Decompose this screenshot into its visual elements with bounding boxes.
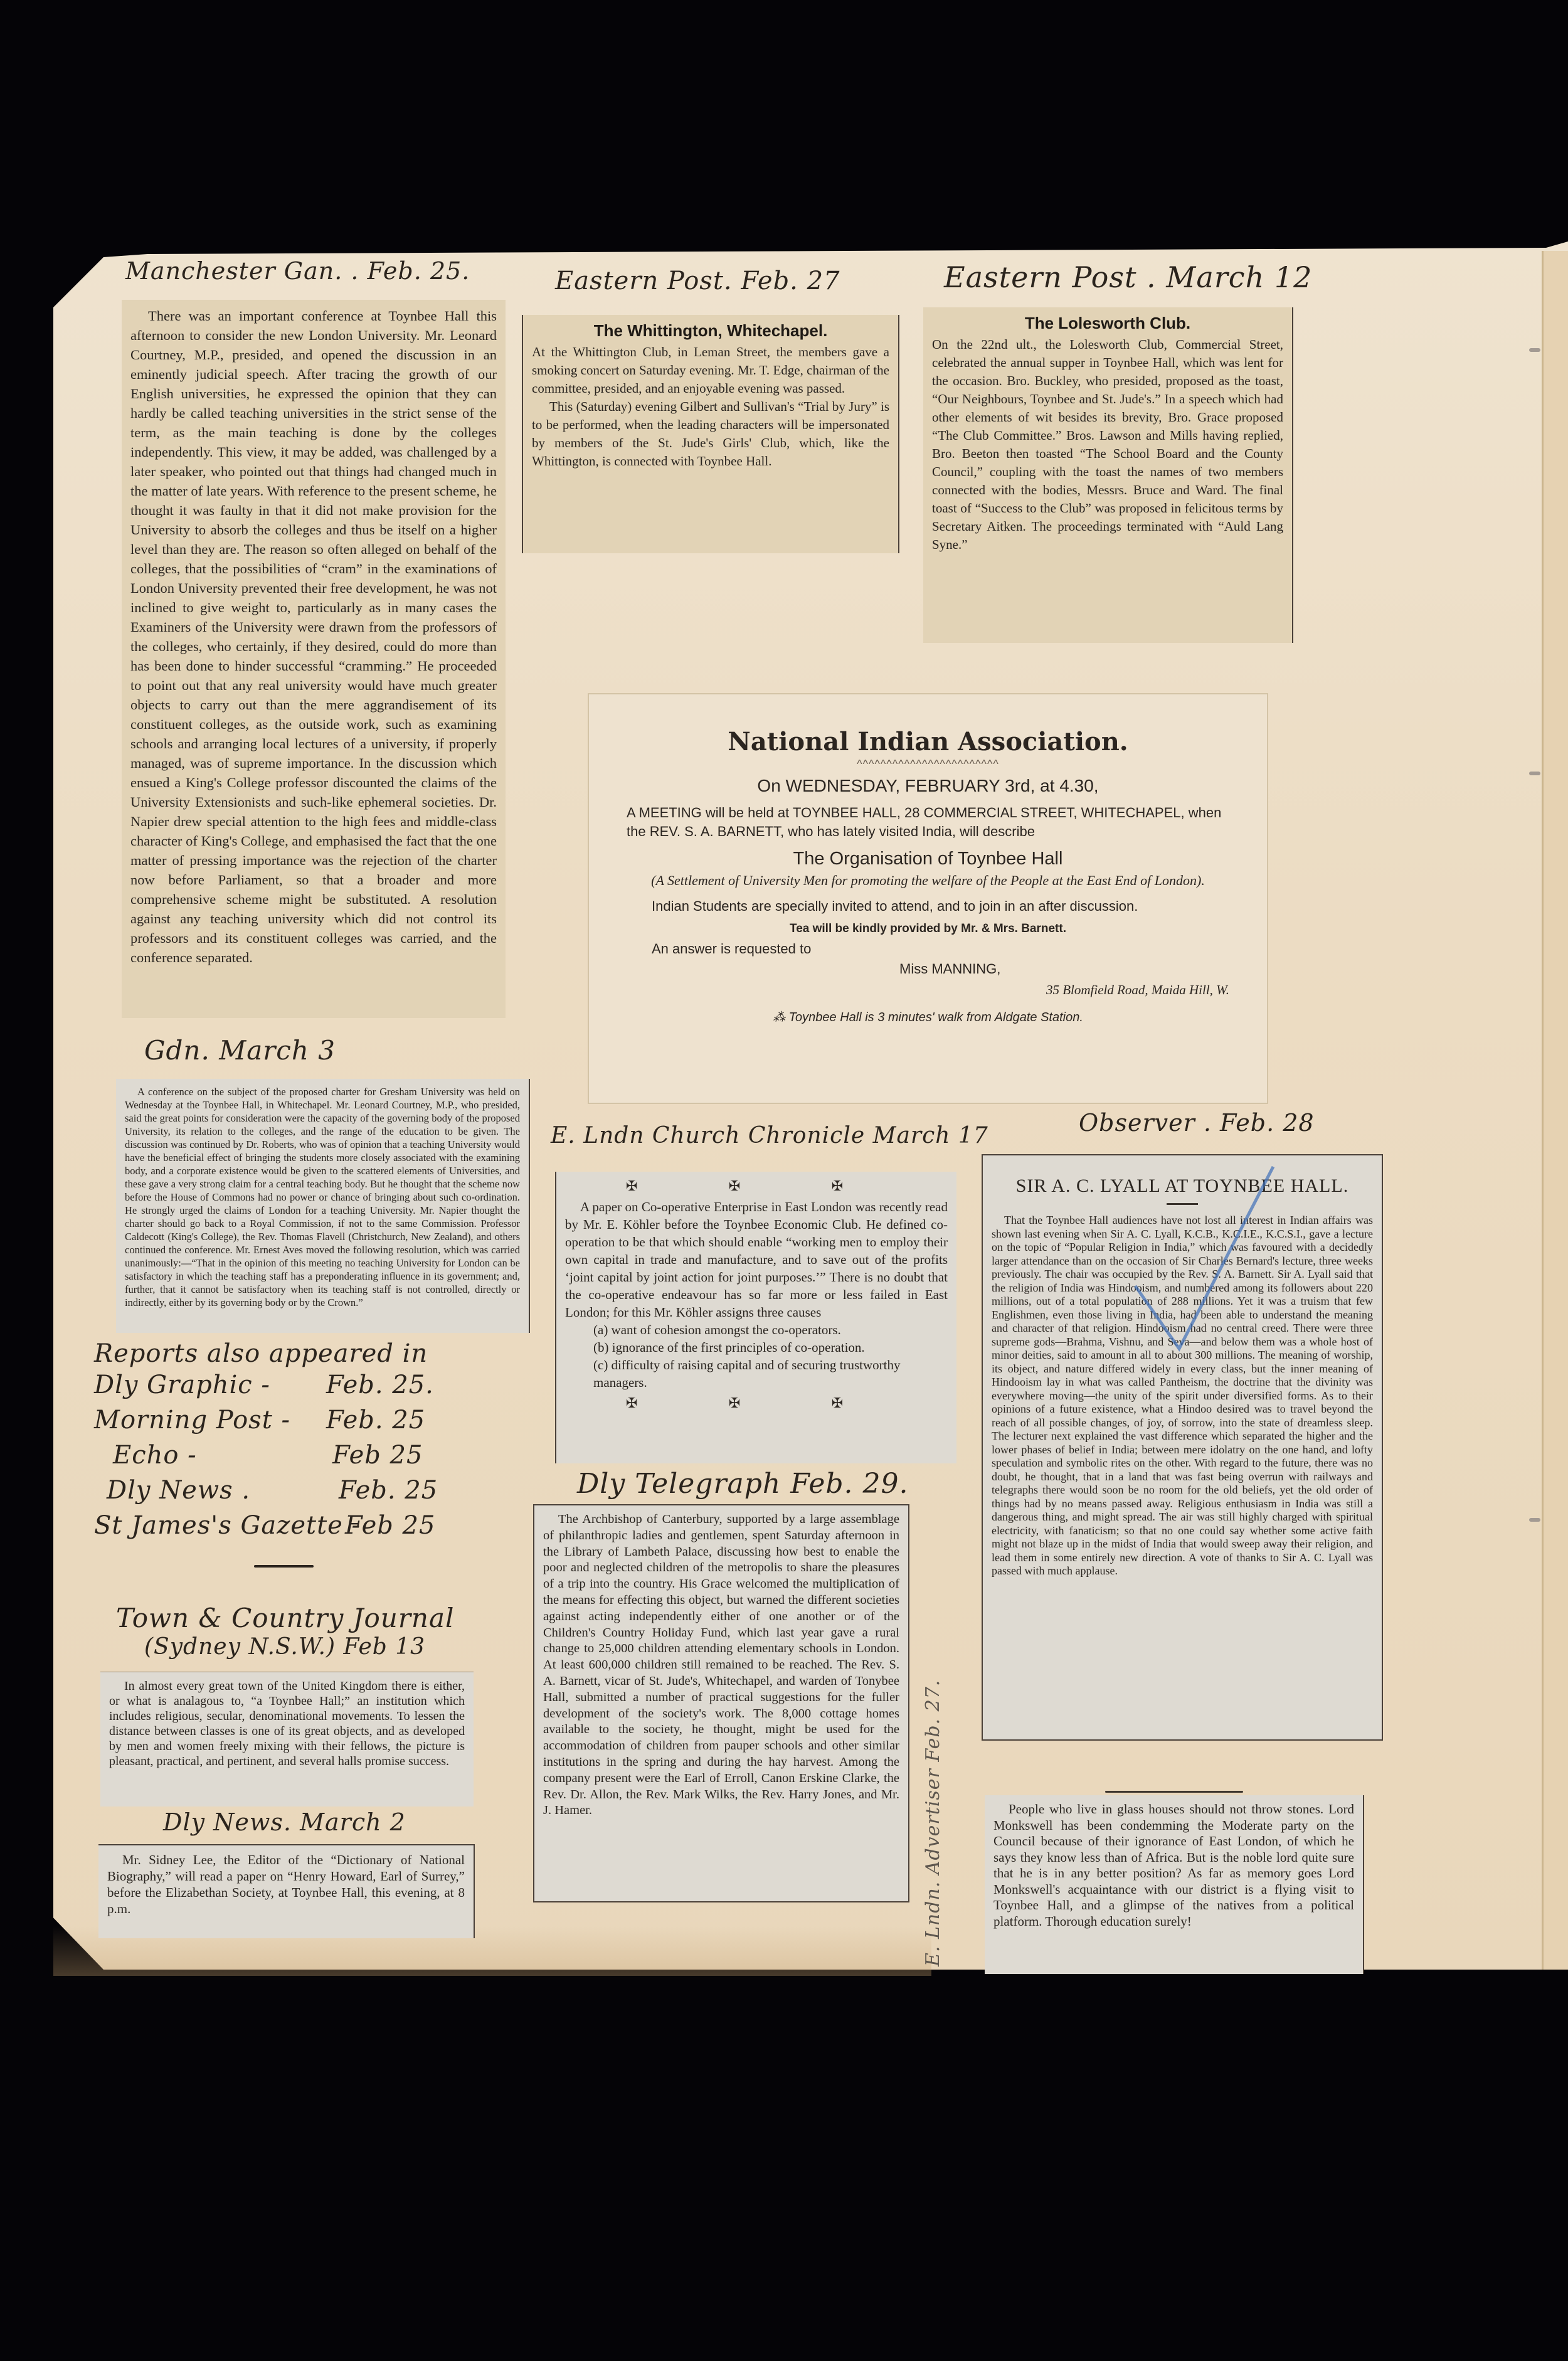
annotation-eastern-post-march: Eastern Post . March 12 [944, 260, 1312, 294]
annotation-dly-telegraph: Dly Telegraph Feb. 29. [577, 1468, 908, 1500]
clipping-body: On the 22nd ult., the Lolesworth Club, C… [932, 336, 1283, 554]
cause-item: (a) want of cohesion amongst the co-oper… [593, 1321, 948, 1339]
annotation-town-country-sub: (Sydney N.S.W.) Feb 13 [144, 1634, 425, 1660]
clipping-title: The Whittington, Whitechapel. [532, 321, 889, 341]
clipping-body: Mr. Sidney Lee, the Editor of the “Dicti… [107, 1852, 465, 1917]
card-contact-address: 35 Blomfield Road, Maida Hill, W. [627, 982, 1229, 998]
clipping-archbishop-canterbury: The Archbishop of Canterbury, supported … [533, 1504, 909, 1902]
clipping-whittington: The Whittington, Whitechapel. At the Whi… [522, 315, 899, 553]
reports-header: Reports also appeared in [94, 1339, 483, 1368]
report-row: Dly News . Feb. 25 [94, 1473, 483, 1509]
clipping-glass-houses: People who live in glass houses should n… [985, 1795, 1364, 1974]
annotation-dly-news: Dly News. March 2 [163, 1808, 406, 1836]
clipping-body: A conference on the subject of the propo… [125, 1085, 520, 1309]
cause-item: (b) ignorance of the first principles of… [593, 1339, 948, 1356]
causes-list: (a) want of cohesion amongst the co-oper… [593, 1321, 948, 1391]
clipping-gresham-university: A conference on the subject of the propo… [116, 1079, 530, 1333]
report-row: St James's Gazette - Feb 25 [94, 1509, 483, 1544]
report-row: Morning Post - Feb. 25 [94, 1403, 483, 1438]
blue-check-mark [1123, 1160, 1286, 1355]
card-date: On WEDNESDAY, FEBRUARY 3rd, at 4.30, [627, 776, 1229, 796]
card-contact-name: Miss MANNING, [899, 961, 1229, 977]
clipping-body: A paper on Co-operative Enterprise in Ea… [565, 1198, 948, 1321]
annotation-east-london-advertiser: E. Lndn. Advertiser Feb. 27. [922, 1680, 944, 1966]
annotation-gdn-march: Gdn. March 3 [144, 1035, 336, 1066]
card-answer: An answer is requested to [652, 941, 1229, 957]
annotation-town-country: Town & Country Journal [116, 1603, 454, 1633]
cross-ornament-bottom: ✠ ✠ ✠ [565, 1395, 948, 1411]
cross-ornament-top: ✠ ✠ ✠ [565, 1178, 948, 1194]
card-topic: The Organisation of Toynbee Hall [627, 849, 1229, 869]
invitation-card: National Indian Association. ^^^^^^^^^^^… [588, 693, 1268, 1104]
card-tea: Tea will be kindly provided by Mr. & Mrs… [627, 922, 1229, 936]
card-meeting: A MEETING will be held at TOYNBEE HALL, … [627, 804, 1229, 841]
report-row: Echo - Feb 25 [94, 1438, 483, 1473]
card-ornament: ^^^^^^^^^^^^^^^^^^^^^^^^ [627, 758, 1229, 771]
clipping-body: People who live in glass houses should n… [993, 1801, 1354, 1929]
report-row: Dly Graphic - Feb. 25. [94, 1368, 483, 1403]
clipping-body: This (Saturday) evening Gilbert and Sull… [532, 398, 889, 470]
card-title: National Indian Association. [627, 727, 1229, 756]
cause-item: (c) difficulty of raising capital and of… [593, 1356, 948, 1391]
clipping-body: The Archbishop of Canterbury, supported … [543, 1512, 899, 1819]
clipping-sidney-lee: Mr. Sidney Lee, the Editor of the “Dicti… [98, 1844, 475, 1938]
next-page-edge [1542, 251, 1568, 1970]
annotation-eastern-post-feb: Eastern Post. Feb. 27 [555, 267, 840, 295]
clipping-title: The Lolesworth Club. [932, 314, 1283, 333]
clipping-body: In almost every great town of the United… [109, 1679, 465, 1769]
binding-tear [1529, 348, 1540, 352]
annotation-manchester: Manchester Gan. . Feb. 25. [125, 257, 470, 285]
reports-list: Reports also appeared in Dly Graphic - F… [94, 1339, 483, 1544]
card-subtitle: (A Settlement of University Men for prom… [627, 872, 1229, 889]
annotation-observer: Observer . Feb. 28 [1079, 1109, 1315, 1137]
clipping-manchester-guardian: There was an important conference at Toy… [122, 300, 506, 1018]
clipping-cooperative-enterprise: ✠ ✠ ✠ A paper on Co-operative Enterprise… [555, 1172, 956, 1463]
divider-rule [1105, 1791, 1243, 1793]
pen-dash [254, 1565, 314, 1568]
binding-tear [1529, 772, 1540, 775]
clipping-lolesworth: The Lolesworth Club. On the 22nd ult., t… [923, 307, 1293, 643]
clipping-town-country: In almost every great town of the United… [100, 1672, 474, 1807]
clipping-body: There was an important conference at Toy… [130, 306, 497, 967]
card-footnote: ⁂ Toynbee Hall is 3 minutes' walk from A… [627, 1009, 1229, 1025]
annotation-church-chronicle: E. Lndn Church Chronicle March 17 [551, 1123, 988, 1149]
card-students: Indian Students are specially invited to… [627, 897, 1229, 916]
binding-tear [1529, 1518, 1540, 1522]
clipping-body: At the Whittington Club, in Leman Street… [532, 343, 889, 398]
